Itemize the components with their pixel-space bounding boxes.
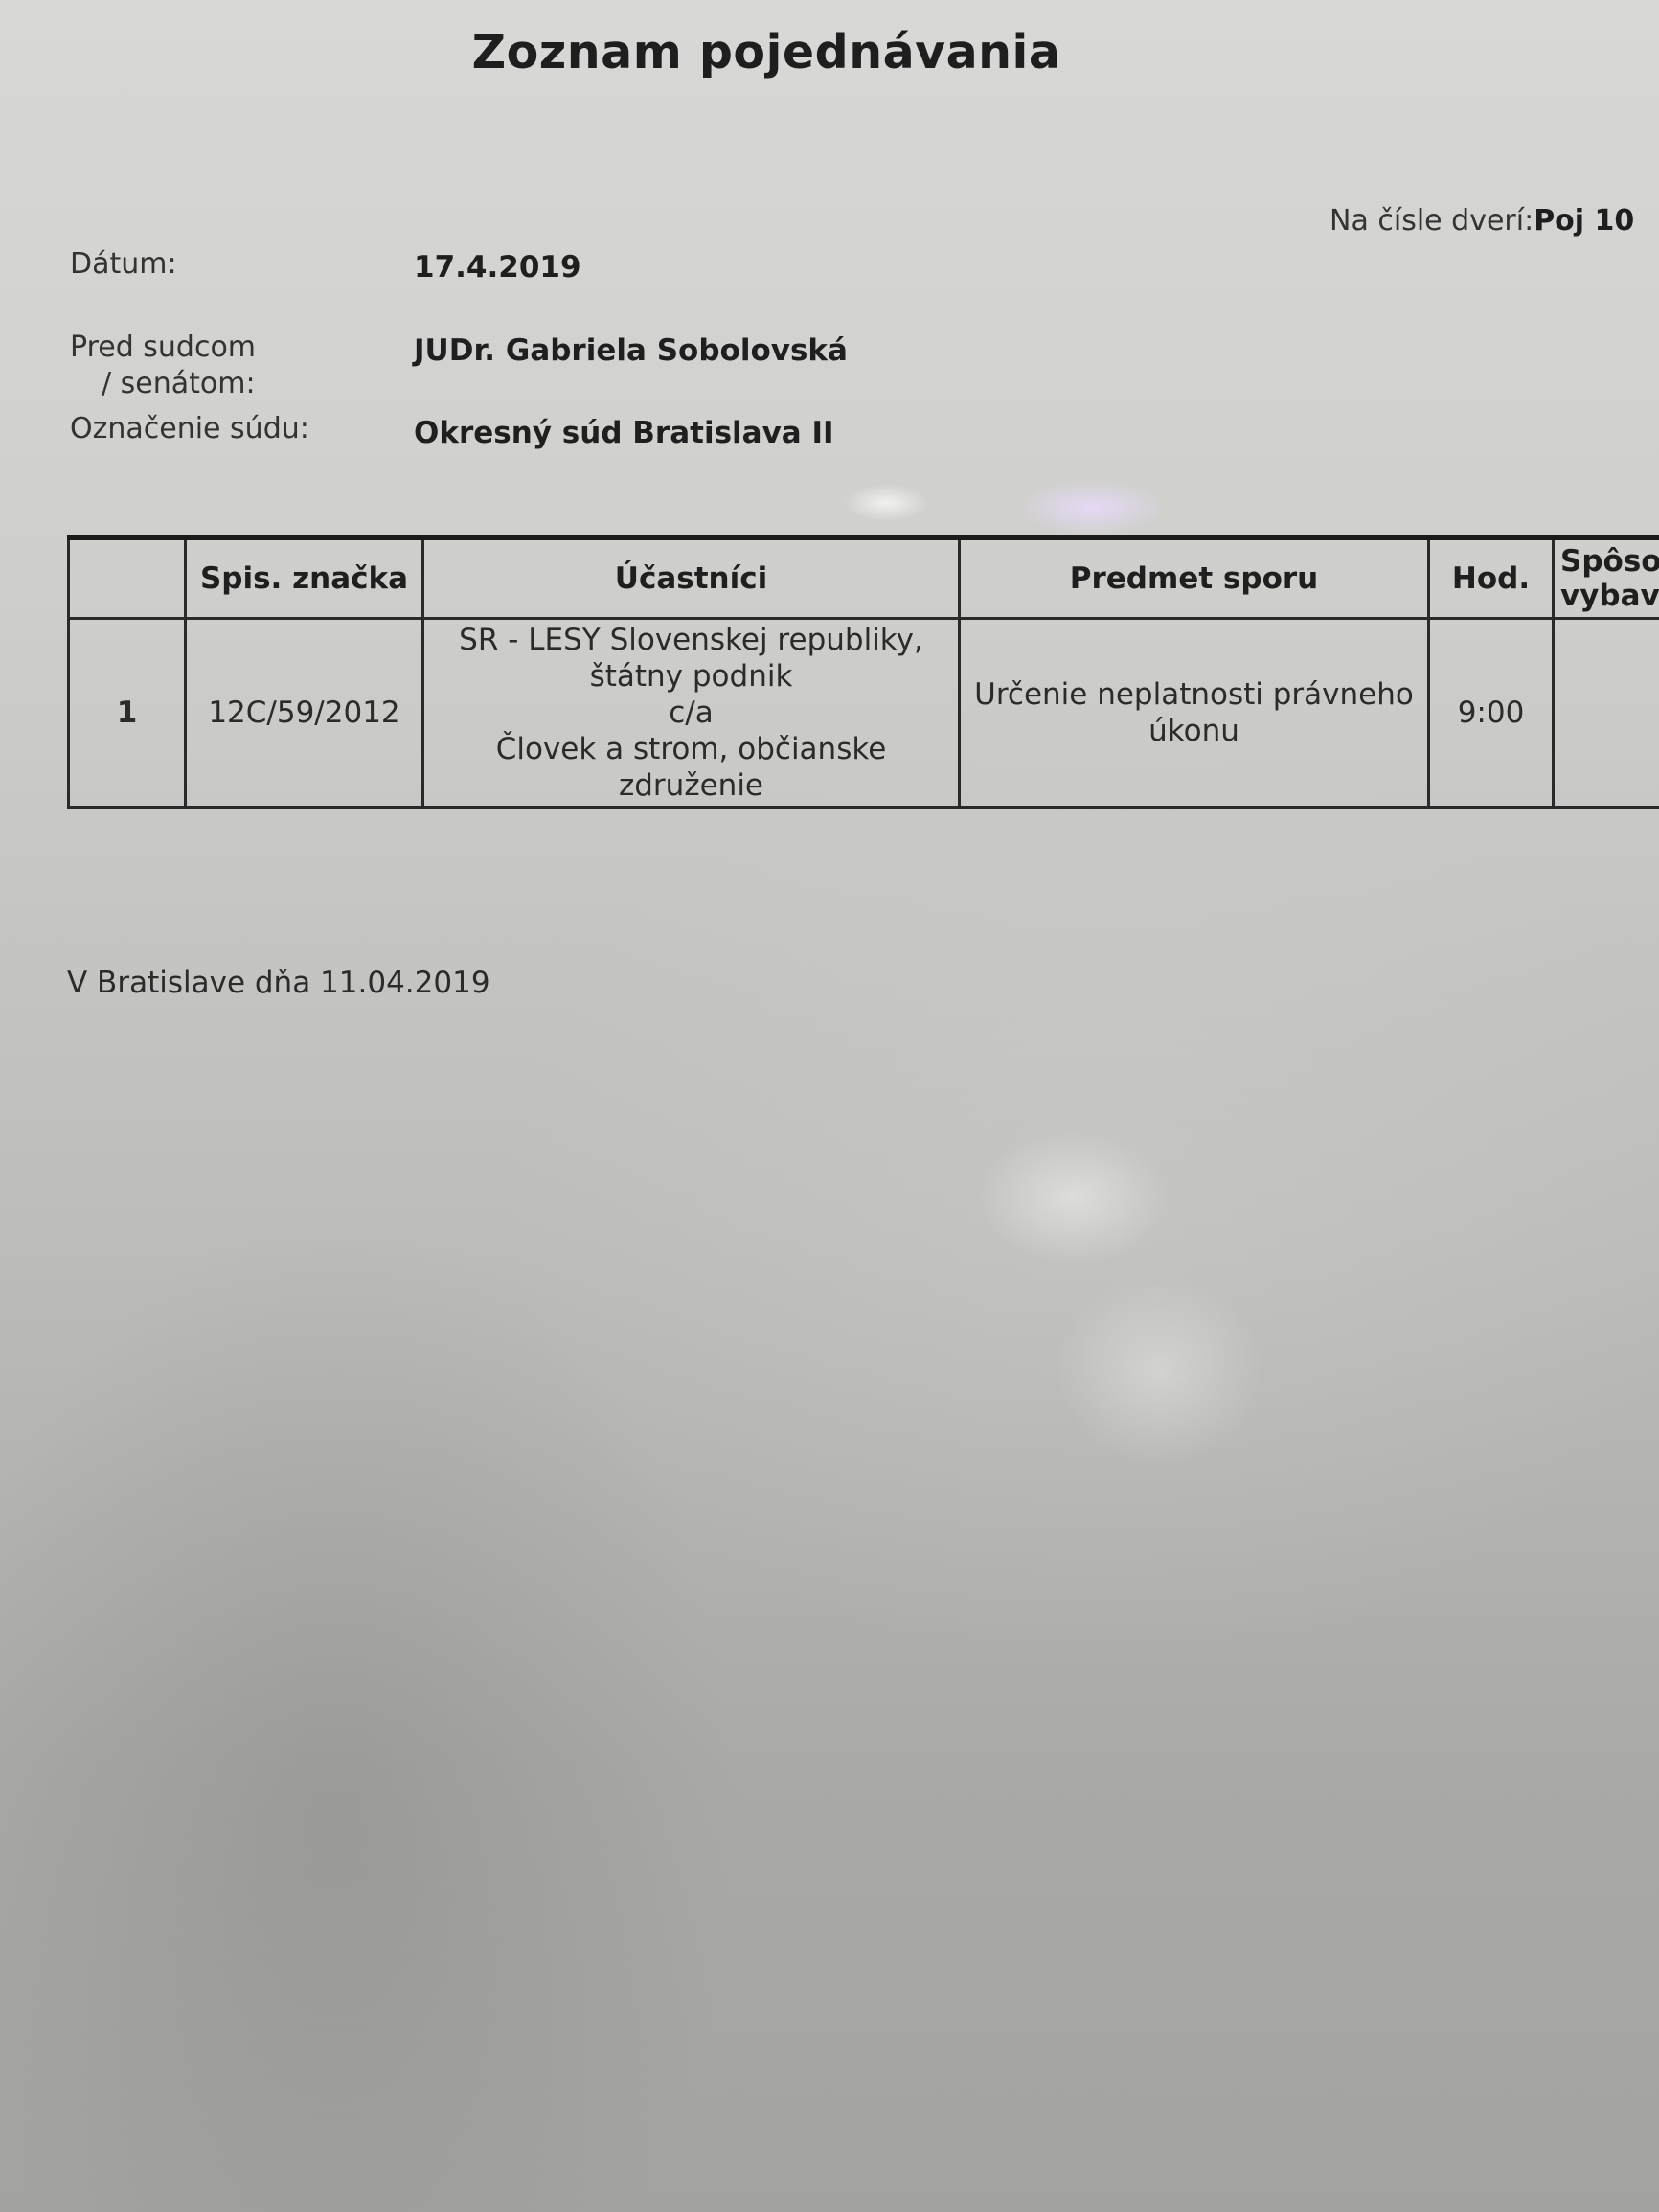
hearings-table: Spis. značka Účastníci Predmet sporu Hod…: [67, 535, 1659, 809]
header-participants: Účastníci: [423, 537, 960, 619]
judge-value: JUDr. Gabriela Sobolovská: [414, 333, 848, 368]
participant-line: združenie: [430, 767, 952, 804]
court-label: Označenie súdu:: [70, 411, 309, 447]
row-participants: SR - LESY Slovenskej republiky, štátny p…: [423, 619, 960, 808]
door-number: Na čísle dverí:Poj 10: [1329, 204, 1634, 238]
judge-label-line2: / senátom:: [102, 366, 256, 402]
table-row: 1 12C/59/2012 SR - LESY Slovenskej repub…: [69, 619, 1659, 808]
header-method-line2: vybav: [1560, 579, 1659, 613]
row-subject: Určenie neplatnosti právneho úkonu: [960, 619, 1429, 808]
court-value: Okresný súd Bratislava II: [414, 416, 834, 450]
glass-reflection: [1054, 1274, 1264, 1466]
participant-line: štátny podnik: [430, 658, 952, 695]
participant-line: c/a: [430, 695, 952, 731]
subject-line: úkonu: [966, 713, 1421, 749]
date-value: 17.4.2019: [414, 250, 581, 285]
glass-reflection: [977, 1130, 1169, 1265]
participant-line: SR - LESY Slovenskej republiky,: [430, 622, 952, 658]
document-title: Zoznam pojednávania: [0, 25, 1533, 80]
subject-line: Určenie neplatnosti právneho: [966, 676, 1421, 713]
hearing-list-document: Zoznam pojednávania Na čísle dverí:Poj 1…: [0, 0, 1659, 2212]
row-number: 1: [69, 619, 186, 808]
door-value: Poj 10: [1534, 204, 1634, 238]
door-label: Na čísle dverí:: [1329, 204, 1534, 238]
place-and-date: V Bratislave dňa 11.04.2019: [67, 966, 490, 1000]
judge-label: Pred sudcom: [70, 330, 256, 366]
header-file-mark: Spis. značka: [186, 537, 423, 619]
participant-line: Človek a strom, občianske: [430, 731, 952, 767]
table-header-row: Spis. značka Účastníci Predmet sporu Hod…: [69, 537, 1659, 619]
header-number: [69, 537, 186, 619]
header-method-line1: Spôso: [1560, 544, 1659, 579]
row-method: [1554, 619, 1659, 808]
glass-reflection: [1015, 479, 1169, 536]
row-file-mark: 12C/59/2012: [186, 619, 423, 808]
header-method: Spôso vybav: [1554, 537, 1659, 619]
glass-reflection: [843, 484, 929, 522]
date-label: Dátum:: [70, 246, 177, 283]
row-time: 9:00: [1429, 619, 1554, 808]
header-time: Hod.: [1429, 537, 1554, 619]
header-subject: Predmet sporu: [960, 537, 1429, 619]
